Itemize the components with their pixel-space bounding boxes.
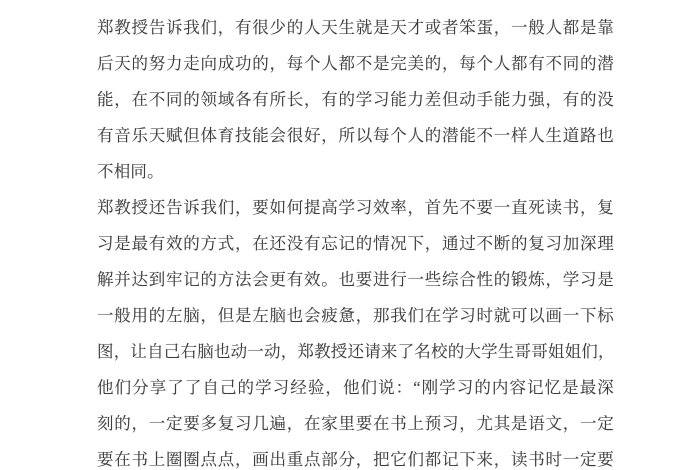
document-page: 郑教授告诉我们，有很少的人天生就是天才或者笨蛋，一般人都是靠 后天的努力走向成功… <box>0 0 700 470</box>
paragraph-2-line-3: 解并达到牢记的方法会更有效。也要进行一些综合性的锻炼，学习是 <box>97 262 614 298</box>
paragraph-2-line-4: 一般用的左脑，但是左脑也会疲惫，那我们在学习时就可以画一下标 <box>97 298 614 334</box>
paragraph-1-line-3: 能，在不同的领域各有所长，有的学习能力差但动手能力强，有的没 <box>97 82 614 118</box>
paragraph-2-line-5: 图，让自己右脑也动一动，郑教授还请来了名校的大学生哥哥姐姐们， <box>97 334 614 370</box>
paragraph-2-line-8: 要在书上圈圈点点，画出重点部分，把它们都记下来，读书时一定要 <box>97 442 614 470</box>
paragraph-1-line-2: 后天的努力走向成功的，每个人都不是完美的，每个人都有不同的潜 <box>97 46 614 82</box>
text-block: 郑教授告诉我们，有很少的人天生就是天才或者笨蛋，一般人都是靠 后天的努力走向成功… <box>97 10 614 470</box>
paragraph-2-line-2: 习是最有效的方式，在还没有忘记的情况下，通过不断的复习加深理 <box>97 226 614 262</box>
paragraph-2-line-7: 刻的，一定要多复习几遍，在家里要在书上预习，尤其是语文，一定 <box>97 406 614 442</box>
paragraph-1-line-4: 有音乐天赋但体育技能会很好，所以每个人的潜能不一样人生道路也 <box>97 118 614 154</box>
paragraph-1-line-1: 郑教授告诉我们，有很少的人天生就是天才或者笨蛋，一般人都是靠 <box>97 10 614 46</box>
paragraph-1-line-5: 不相同。 <box>97 154 614 190</box>
paragraph-2-line-6: 他们分享了了自己的学习经验，他们说：“刚学习的内容记忆是最深 <box>97 370 614 406</box>
paragraph-2-line-1: 郑教授还告诉我们，要如何提高学习效率，首先不要一直死读书，复 <box>97 190 614 226</box>
